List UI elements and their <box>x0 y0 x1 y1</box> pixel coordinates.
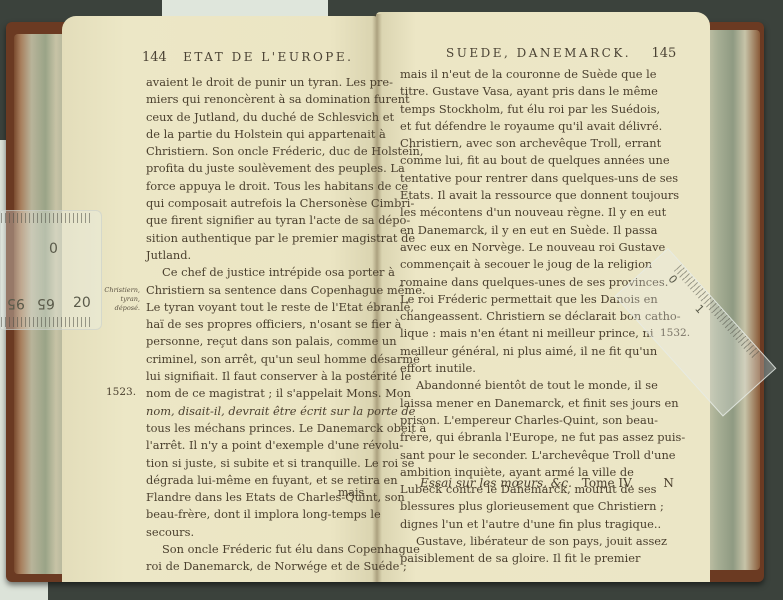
text-line: paisiblement de sa gloire. Il fit le pre… <box>400 550 650 567</box>
ruler-label: 20 <box>73 295 91 311</box>
text-line: et fut défendre le royaume qu'il avait d… <box>400 118 650 135</box>
text-line: avaient le droit de punir un tyran. Les … <box>146 74 371 91</box>
right-page-text: mais il n'eut de la couronne de Suède qu… <box>400 66 650 568</box>
text-line: Jutland. <box>146 247 371 264</box>
margin-year-left: 1523. <box>106 386 136 398</box>
text-line: Christiern. Son oncle Fréderic, duc de H… <box>146 143 371 160</box>
ruler-label: 0 <box>49 241 58 257</box>
text-line: en Danemarck, il y en eut en Suède. Il p… <box>400 222 650 239</box>
text-line: avec eux en Norvège. Le nouveau roi Gust… <box>400 239 650 256</box>
text-line: nom, disait-il, devrait être écrit sur l… <box>146 403 371 420</box>
signature-mark: N <box>663 476 674 490</box>
text-line: meilleur général, ni plus aimé, il ne fi… <box>400 343 650 360</box>
left-running-title: ETAT DE L'EUROPE. <box>183 50 353 64</box>
text-line: Abandonné bientôt de tout le monde, il s… <box>400 377 650 394</box>
text-line: romaine dans quelques-unes de ses provin… <box>400 274 650 291</box>
text-line: Etats. Il avait la ressource que donnent… <box>400 187 650 204</box>
ruler-label: 1 <box>692 302 706 316</box>
text-line: laissa mener en Danemarck, et finit ses … <box>400 395 650 412</box>
text-line: Le tyran voyant tout le reste de l'Etat … <box>146 299 371 316</box>
ruler-ticks-top <box>1 213 91 223</box>
text-line: tous les méchans princes. Le Danemarck o… <box>146 420 371 437</box>
text-line: force appuya le droit. Tous les habitans… <box>146 178 371 195</box>
right-running-head: SUEDE, DANEMARCK. 145 <box>446 46 676 61</box>
ruler-left: 0 95 65 20 <box>0 210 102 330</box>
left-running-head: 144 ETAT DE L'EUROPE. <box>142 50 353 65</box>
ruler-label: 65 <box>37 295 55 311</box>
text-line: blessures plus glorieusement que Christi… <box>400 498 650 515</box>
margin-note-line: Christiern, <box>100 286 140 295</box>
text-line: Christiern sa sentence dans Copenhague m… <box>146 282 371 299</box>
text-line: les mécontens d'un nouveau règne. Il y e… <box>400 204 650 221</box>
text-line: secours. <box>146 524 371 541</box>
text-line: que firent signifier au tyran l'acte de … <box>146 212 371 229</box>
text-line: criminel, son arrêt, qu'un seul homme dé… <box>146 351 371 368</box>
text-line: miers qui renoncèrent à sa domination fu… <box>146 91 371 108</box>
text-line: beau-frère, dont il implora long-temps l… <box>146 506 371 523</box>
text-line: nom de ce magistrat ; il s'appelait Mons… <box>146 385 371 402</box>
margin-note-line: déposé. <box>100 304 140 313</box>
text-line: Gustave, libérateur de son pays, jouit a… <box>400 533 650 550</box>
text-line: effort inutile. <box>400 360 650 377</box>
text-line: Christiern, avec son archevêque Troll, e… <box>400 135 650 152</box>
text-line: Son oncle Fréderic fut élu dans Copenhag… <box>146 541 371 558</box>
text-line: tentative pour rentrer dans quelques-uns… <box>400 170 650 187</box>
text-line: l'arrêt. Il n'y a point d'exemple d'une … <box>146 437 371 454</box>
margin-note-line: tyran, <box>100 295 140 304</box>
text-line: Ce chef de justice intrépide osa porter … <box>146 264 371 281</box>
text-line: personne, reçut dans son palais, comme u… <box>146 333 371 350</box>
ruler-label: 95 <box>7 295 25 311</box>
text-line: Le roi Fréderic permettait que les Danoi… <box>400 291 650 308</box>
text-line: haï de ses propres officiers, n'osant se… <box>146 316 371 333</box>
text-line: tion si juste, si subite et si tranquill… <box>146 455 371 472</box>
signature-volume: Tome IV. <box>582 476 634 490</box>
text-line: titre. Gustave Vasa, ayant pris dans le … <box>400 83 650 100</box>
text-line: dignes l'un et l'autre d'une fin plus tr… <box>400 516 650 533</box>
text-line: comme lui, fit au bout de quelques année… <box>400 152 650 169</box>
left-page-text: avaient le droit de punir un tyran. Les … <box>146 74 371 576</box>
text-line: de la partie du Holstein qui appartenait… <box>146 126 371 143</box>
text-line: changeassent. Christiern se déclarait bo… <box>400 308 650 325</box>
signature-title: Essai sur les mœurs, &c. <box>420 476 572 490</box>
text-line: lique : mais n'en étant ni meilleur prin… <box>400 325 650 342</box>
text-line: temps Stockholm, fut élu roi par les Sué… <box>400 101 650 118</box>
text-line: lui signifiait. Il faut conserver à la p… <box>146 368 371 385</box>
ruler-ticks-bottom <box>1 317 91 327</box>
left-folio: 144 <box>142 50 167 65</box>
margin-note: Christiern, tyran, déposé. <box>100 286 140 313</box>
text-line: profita du juste soulèvement des peuples… <box>146 160 371 177</box>
text-line: ceux de Jutland, du duché de Schlesvich … <box>146 109 371 126</box>
signature-line: Essai sur les mœurs, &c. Tome IV. N <box>420 476 674 490</box>
text-line: roi de Danemarck, de Norwége et de Suéde… <box>146 558 371 575</box>
text-line: sant pour le seconder. L'archevêque Trol… <box>400 447 650 464</box>
text-line: frère, qui ébranla l'Europe, ne fut pas … <box>400 429 650 446</box>
text-line: commençait à secouer le joug de la relig… <box>400 256 650 273</box>
text-line: qui composait autrefois la Chersonèse Ci… <box>146 195 371 212</box>
text-line: sition authentique par le premier magist… <box>146 230 371 247</box>
catchword: mais <box>338 486 364 499</box>
ruler-label: 0 <box>666 272 680 286</box>
text-line: prison. L'empereur Charles-Quint, son be… <box>400 412 650 429</box>
right-folio: 145 <box>651 46 676 61</box>
right-running-title: SUEDE, DANEMARCK. <box>446 46 631 60</box>
text-line: mais il n'eut de la couronne de Suède qu… <box>400 66 650 83</box>
